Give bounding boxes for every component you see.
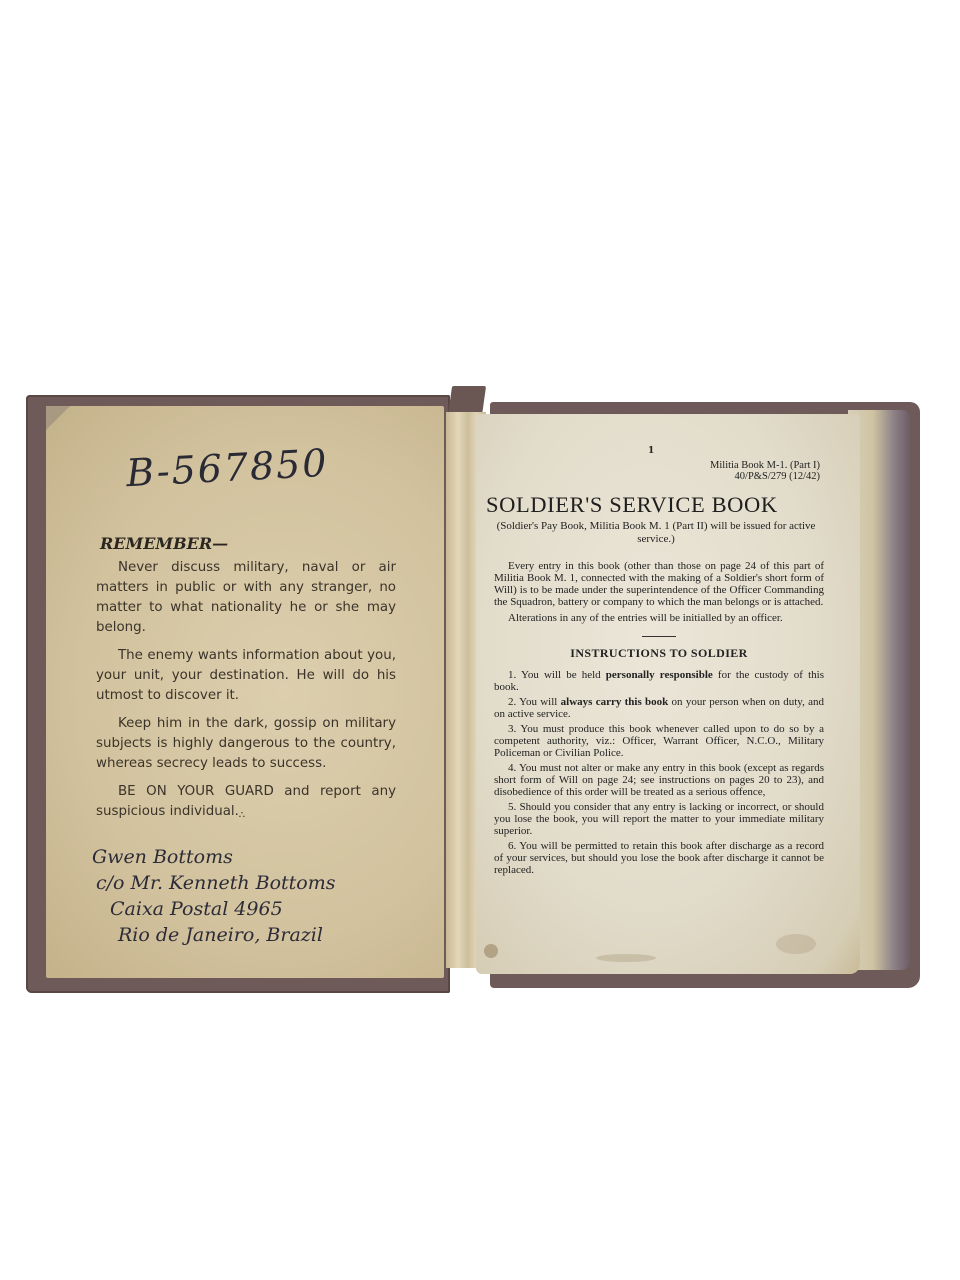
warning-paragraph: Never discuss military, naval or air mat… [96,558,396,638]
instruction-item: 1. You will be held personally responsib… [494,669,824,693]
instructions-list: 1. You will be held personally responsib… [494,669,824,876]
instruction-text: 2. You will [508,696,561,708]
dog-eared-corner [46,406,70,430]
stain [596,954,656,962]
instruction-item: 2. You will always carry this book on yo… [494,696,824,720]
intro-paragraph: Alterations in any of the entries will b… [494,612,824,624]
warning-paragraph: The enemy wants information about you, y… [96,646,396,706]
ornament-dots-icon: ∴ [232,812,252,820]
address-line: Rio de Janeiro, Brazil [92,922,432,948]
instruction-item: 4. You must not alter or make any entry … [494,762,824,798]
remember-heading: REMEMBER— [100,534,228,553]
instruction-text: 4. You must not alter or make any entry … [494,762,824,798]
address-line: c/o Mr. Kenneth Bottoms [92,870,432,896]
page-number: 1 [648,446,654,456]
address-line: Gwen Bottoms [92,844,432,870]
form-reference-line: 40/P&S/279 (12/42) [710,471,820,482]
page-subtitle: (Soldier's Pay Book, Militia Book M. 1 (… [496,520,816,546]
instruction-item: 6. You will be permitted to retain this … [494,840,824,876]
instruction-text: 6. You will be permitted to retain this … [494,840,824,876]
instruction-text: 3. You must produce this book whenever c… [494,723,824,759]
instruction-text: 1. You will be held [508,669,606,681]
page-title: SOLDIER'S SERVICE BOOK [486,492,826,518]
stain [484,944,498,958]
handwritten-address: Gwen Bottoms c/o Mr. Kenneth Bottoms Cai… [92,844,432,948]
intro-paragraph: Every entry in this book (other than tho… [494,560,824,608]
left-page: B-567850 REMEMBER— Never discuss militar… [46,406,444,978]
security-warning-text: Never discuss military, naval or air mat… [96,558,396,830]
right-page: 1 Militia Book M-1. (Part I) 40/P&S/279 … [476,414,860,974]
instruction-emphasis: personally responsible [606,669,713,681]
instruction-item: 3. You must produce this book whenever c… [494,723,824,759]
divider [642,636,676,637]
form-reference: Militia Book M-1. (Part I) 40/P&S/279 (1… [710,460,820,482]
address-line: Caixa Postal 4965 [92,896,432,922]
instructions-heading: INSTRUCTIONS TO SOLDIER [494,647,824,659]
serial-number: B-567850 [125,441,330,496]
instruction-text: 5. Should you consider that any entry is… [494,801,824,837]
service-book-text: Every entry in this book (other than tho… [494,560,824,879]
instruction-item: 5. Should you consider that any entry is… [494,801,824,837]
stain [776,934,816,954]
form-reference-line: Militia Book M-1. (Part I) [710,460,820,471]
instruction-emphasis: always carry this book [561,696,669,708]
warning-paragraph: Keep him in the dark, gossip on military… [96,714,396,774]
